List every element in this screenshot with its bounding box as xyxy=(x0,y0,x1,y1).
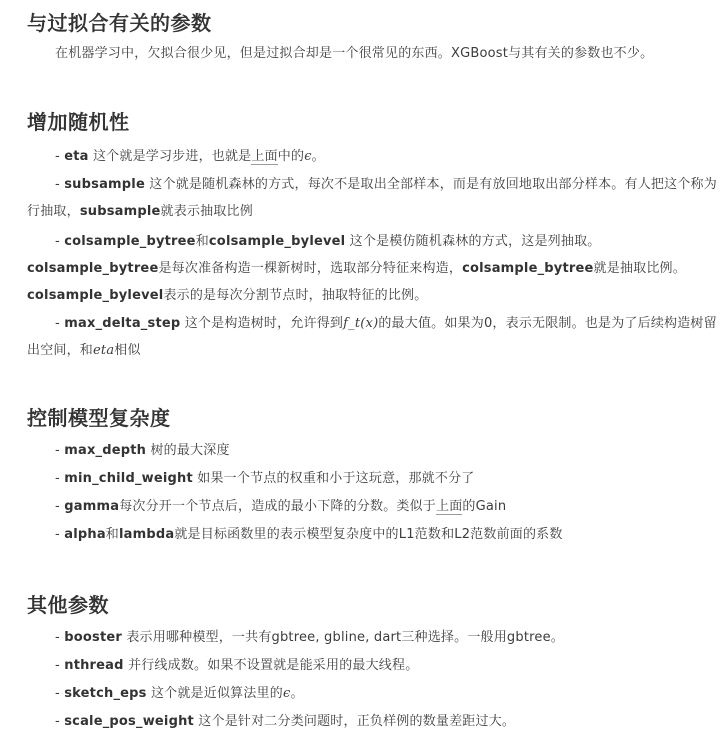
math-ft-x: f_t(x) xyxy=(343,316,378,331)
bullet: - xyxy=(55,234,64,249)
param-name: colsample_bylevel xyxy=(209,234,345,249)
param-name: sketch_eps xyxy=(64,686,146,701)
item-text: 如果一个节点的权重和小于这玩意，那就不分了 xyxy=(193,471,475,486)
bullet: - xyxy=(55,177,64,192)
math-epsilon: ϵ xyxy=(304,149,311,164)
item-text: 并行线成数。如果不设置就是能采用的最大线程。 xyxy=(124,658,419,673)
bullet: - xyxy=(55,443,64,458)
item-text: 表示的是每次分割节点时，抽取特征的比例。 xyxy=(163,288,427,303)
intro-paragraph: 在机器学习中，欠拟合很少见，但是过拟合却是一个很常见的东西。XGBoost与其有… xyxy=(27,40,726,67)
item-text: 是每次准备构造一棵新树时，选取部分特征来构造， xyxy=(158,261,462,276)
item-text: 和 xyxy=(106,527,119,542)
item-text: 这个是模仿随机森林的方式，这是列抽取。 xyxy=(345,234,600,249)
item-text: 这个是构造树时，允许得到 xyxy=(180,316,343,331)
item-text: 相似 xyxy=(114,343,140,358)
param-name: subsample xyxy=(80,204,161,219)
item-text: 就表示抽取比例 xyxy=(161,204,253,219)
link-above[interactable]: 上面 xyxy=(251,149,277,165)
param-name: subsample xyxy=(64,177,145,192)
param-name: colsample_bylevel xyxy=(27,288,163,303)
list-item-max-delta-step: - max_delta_step 这个是构造树时，允许得到f_t(x)的最大值。… xyxy=(27,310,726,364)
param-name: colsample_bytree xyxy=(27,261,158,276)
list-item-max-depth: - max_depth 树的最大深度 xyxy=(27,437,726,464)
section-title-model-complexity: 控制模型复杂度 xyxy=(27,402,171,431)
param-name: lambda xyxy=(119,527,174,542)
item-text: 这个是针对二分类问题时，正负样例的数量差距过大。 xyxy=(194,714,515,729)
item-text: 就是抽取比例。 xyxy=(594,261,686,276)
section-title-other-params: 其他参数 xyxy=(27,589,109,618)
item-text: 表示用哪种模型，一共有gbtree, gbline, dart三种选择。一般用g… xyxy=(122,630,564,645)
item-text: 和 xyxy=(196,234,209,249)
param-name: colsample_bytree xyxy=(462,261,593,276)
list-item-sketch-eps: - sketch_eps 这个就是近似算法里的ϵ。 xyxy=(27,680,726,707)
list-item-nthread: - nthread 并行线成数。如果不设置就是能采用的最大线程。 xyxy=(27,652,726,679)
section-title-randomness: 增加随机性 xyxy=(27,106,130,135)
bullet: - xyxy=(55,149,64,164)
section-title-overfitting-params: 与过拟合有关的参数 xyxy=(27,7,212,36)
bullet: - xyxy=(55,714,64,729)
list-item-eta: - eta 这个就是学习步进，也就是上面中的ϵ。 xyxy=(27,143,726,170)
bullet: - xyxy=(55,630,64,645)
list-item-booster: - booster 表示用哪种模型，一共有gbtree, gbline, dar… xyxy=(27,624,726,651)
param-name: eta xyxy=(64,149,88,164)
param-name: max_delta_step xyxy=(64,316,180,331)
item-text: 的Gain xyxy=(462,499,506,514)
math-eta: eta xyxy=(93,343,114,358)
list-item-min-child-weight: - min_child_weight 如果一个节点的权重和小于这玩意，那就不分了 xyxy=(27,465,726,492)
item-text: 。 xyxy=(290,686,303,701)
bullet: - xyxy=(55,686,64,701)
bullet: - xyxy=(55,499,64,514)
param-name: nthread xyxy=(64,658,123,673)
list-item-gamma: - gamma每次分开一个节点后，造成的最小下降的分数。类似于上面的Gain xyxy=(27,493,726,520)
item-text: 每次分开一个节点后，造成的最小下降的分数。类似于 xyxy=(119,499,436,514)
item-text: 这个就是学习步进，也就是 xyxy=(89,149,252,164)
bullet: - xyxy=(55,316,64,331)
param-name: alpha xyxy=(64,527,106,542)
param-name: max_depth xyxy=(64,443,146,458)
param-name: scale_pos_weight xyxy=(64,714,194,729)
item-text: 树的最大深度 xyxy=(146,443,230,458)
bullet: - xyxy=(55,527,64,542)
list-item-colsample: - colsample_bytree和colsample_bylevel 这个是… xyxy=(27,228,726,309)
item-text: 中的 xyxy=(278,149,304,164)
list-item-scale-pos-weight: - scale_pos_weight 这个是针对二分类问题时，正负样例的数量差距… xyxy=(27,708,726,735)
bullet: - xyxy=(55,471,64,486)
item-text: 这个就是近似算法里的 xyxy=(147,686,283,701)
param-name: min_child_weight xyxy=(64,471,193,486)
param-name: gamma xyxy=(64,499,119,514)
bullet: - xyxy=(55,658,64,673)
param-name: booster xyxy=(64,630,122,645)
param-name: colsample_bytree xyxy=(64,234,195,249)
intro-text: 在机器学习中，欠拟合很少见，但是过拟合却是一个很常见的东西。XGBoost与其有… xyxy=(55,46,653,61)
list-item-alpha-lambda: - alpha和lambda就是目标函数里的表示模型复杂度中的L1范数和L2范数… xyxy=(27,521,726,548)
item-text: 就是目标函数里的表示模型复杂度中的L1范数和L2范数前面的系数 xyxy=(174,527,562,542)
link-above[interactable]: 上面 xyxy=(436,499,462,515)
item-text: 。 xyxy=(312,149,325,164)
list-item-subsample: - subsample 这个就是随机森林的方式，每次不是取出全部样本，而是有放回… xyxy=(27,171,726,225)
